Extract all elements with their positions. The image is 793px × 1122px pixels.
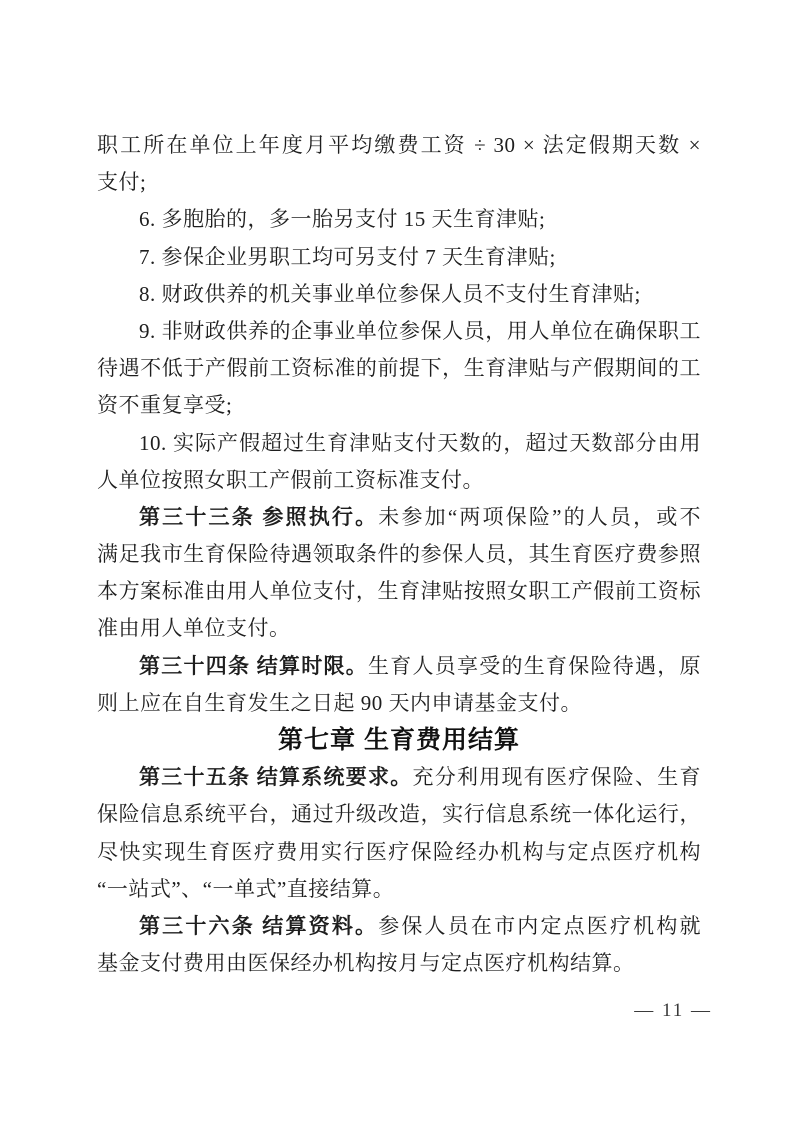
text-line: 保险信息系统平台，通过升级改造，实行信息系统一体化运行，: [97, 796, 701, 833]
text-line: 资不重复享受;: [97, 387, 701, 424]
text-line: 则上应在自生育发生之日起 90 天内申请基金支付。: [97, 685, 701, 722]
text-line: “一站式”、“一单式”直接结算。: [97, 871, 701, 908]
text-line: 尽快实现生育医疗费用实行医疗保险经办机构与定点医疗机构: [97, 834, 701, 871]
list-item-6: 6. 多胞胎的，多一胎另支付 15 天生育津贴;: [97, 201, 701, 238]
list-item-9: 9. 非财政供养的企事业单位参保人员，用人单位在确保职工: [97, 313, 701, 350]
document-page: 职工所在单位上年度月平均缴费工资 ÷ 30 × 法定假期天数 × 50% 支付;…: [0, 0, 793, 1122]
article-34: 第三十四条 结算时限。生育人员享受的生育保险待遇，原: [97, 648, 701, 685]
article-35-text: 充分利用现有医疗保险、生育: [413, 765, 702, 789]
text-line: 满足我市生育保险待遇领取条件的参保人员，其生育医疗费参照: [97, 536, 701, 573]
text-line: 本方案标准由用人单位支付，生育津贴按照女职工产假前工资标: [97, 573, 701, 610]
text-line: 职工所在单位上年度月平均缴费工资 ÷ 30 × 法定假期天数 × 50%: [97, 127, 701, 164]
article-33-heading: 第三十三条 参照执行。: [139, 505, 378, 529]
article-33: 第三十三条 参照执行。未参加“两项保险”的人员，或不: [97, 499, 701, 536]
text-line: 待遇不低于产假前工资标准的前提下，生育津贴与产假期间的工: [97, 350, 701, 387]
text-line: 支付;: [97, 164, 701, 201]
list-item-8: 8. 财政供养的机关事业单位参保人员不支付生育津贴;: [97, 276, 701, 313]
list-item-7: 7. 参保企业男职工均可另支付 7 天生育津贴;: [97, 239, 701, 276]
text-line: 基金支付费用由医保经办机构按月与定点医疗机构结算。: [97, 945, 701, 982]
article-35: 第三十五条 结算系统要求。充分利用现有医疗保险、生育: [97, 759, 701, 796]
article-36-heading: 第三十六条 结算资料。: [139, 914, 378, 938]
article-34-text: 生育人员享受的生育保险待遇，原: [368, 654, 701, 678]
article-35-heading: 第三十五条 结算系统要求。: [139, 765, 413, 789]
page-number: — 11 —: [634, 1000, 712, 1022]
article-33-text: 未参加“两项保险”的人员，或不: [378, 505, 701, 529]
article-34-heading: 第三十四条 结算时限。: [139, 654, 368, 678]
text-line: 准由用人单位支付。: [97, 610, 701, 647]
text-line: 人单位按照女职工产假前工资标准支付。: [97, 462, 701, 499]
list-item-10: 10. 实际产假超过生育津贴支付天数的，超过天数部分由用: [97, 425, 701, 462]
document-body: 职工所在单位上年度月平均缴费工资 ÷ 30 × 法定假期天数 × 50% 支付;…: [97, 127, 701, 982]
article-36: 第三十六条 结算资料。参保人员在市内定点医疗机构就医，: [97, 908, 701, 945]
chapter-heading: 第七章 生育费用结算: [97, 722, 701, 759]
